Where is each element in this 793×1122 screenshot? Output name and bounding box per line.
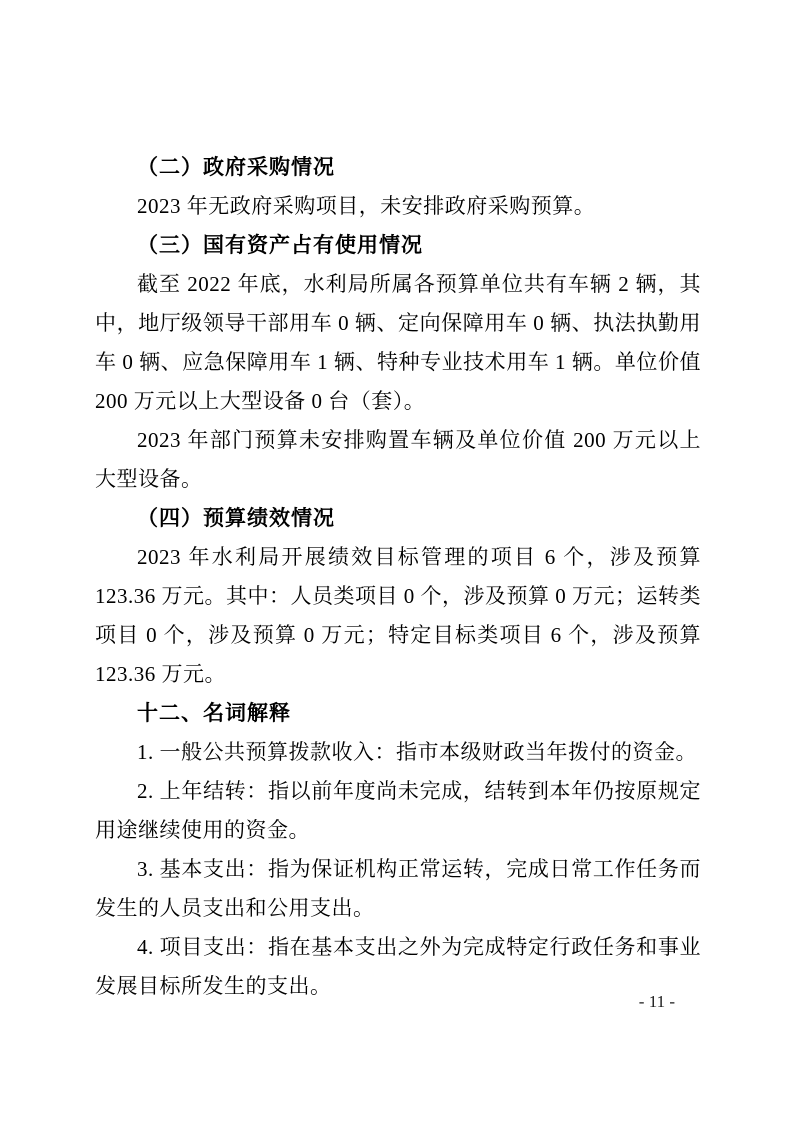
page-number: - 11 - — [639, 991, 675, 1013]
document-page: （二）政府采购情况2023 年无政府采购项目，未安排政府采购预算。（三）国有资产… — [0, 0, 793, 1122]
paragraph: 4. 项目支出：指在基本支出之外为完成特定行政任务和事业发展目标所发生的支出。 — [95, 928, 701, 1006]
paragraph: 3. 基本支出：指为保证机构正常运转，完成日常工作任务而发生的人员支出和公用支出… — [95, 850, 701, 928]
paragraph: 1. 一般公共预算拨款收入：指市本级财政当年拨付的资金。 — [95, 733, 701, 772]
section-heading: （二）政府采购情况 — [95, 148, 701, 187]
paragraph: 截至 2022 年底，水利局所属各预算单位共有车辆 2 辆，其中，地厅级领导干部… — [95, 265, 701, 421]
section-heading: （四）预算绩效情况 — [95, 499, 701, 538]
paragraph: 2023 年部门预算未安排购置车辆及单位价值 200 万元以上大型设备。 — [95, 421, 701, 499]
section-heading: （三）国有资产占有使用情况 — [95, 226, 701, 265]
paragraph: 2023 年无政府采购项目，未安排政府采购预算。 — [95, 187, 701, 226]
paragraph: 2023 年水利局开展绩效目标管理的项目 6 个，涉及预算 123.36 万元。… — [95, 538, 701, 694]
chapter-heading: 十二、名词解释 — [95, 694, 701, 733]
document-body: （二）政府采购情况2023 年无政府采购项目，未安排政府采购预算。（三）国有资产… — [95, 148, 701, 1006]
paragraph: 2. 上年结转：指以前年度尚未完成，结转到本年仍按原规定用途继续使用的资金。 — [95, 772, 701, 850]
